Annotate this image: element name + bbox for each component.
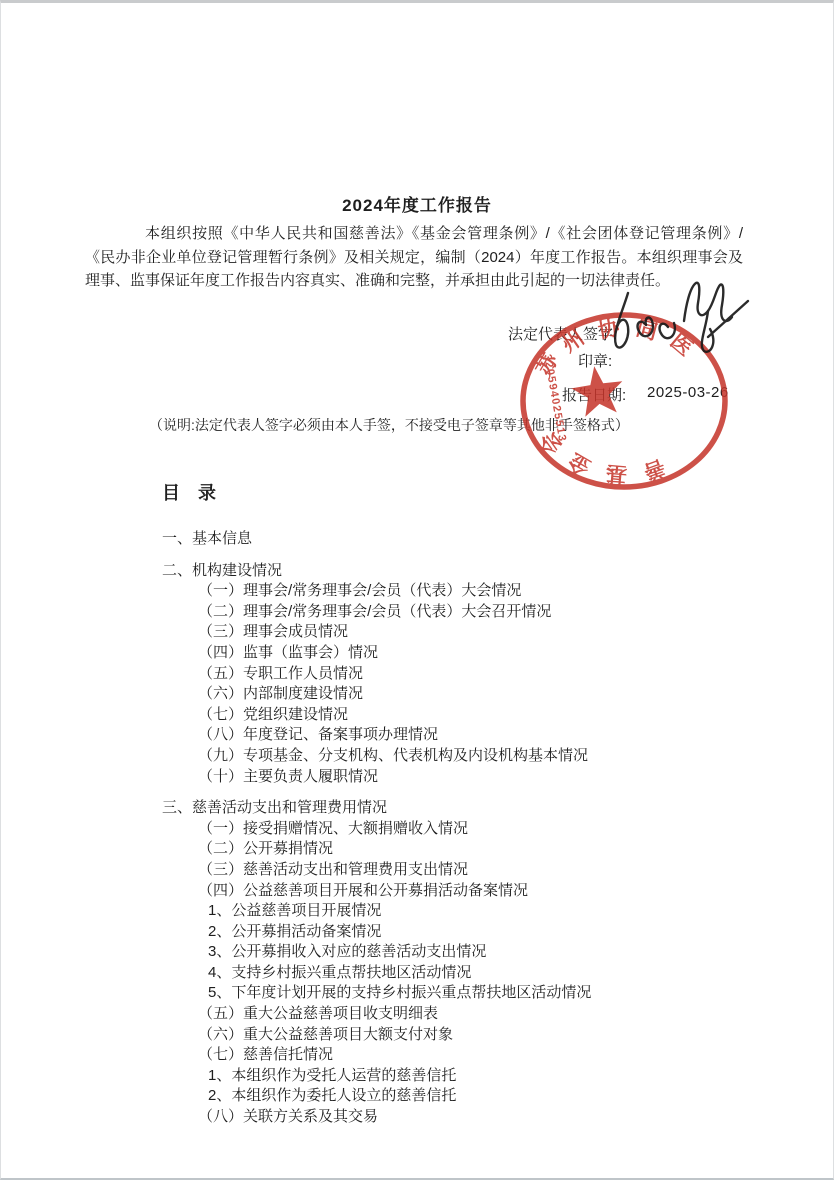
toc-line: （八）关联方关系及其交易 — [198, 1107, 782, 1128]
signature-stroke — [708, 301, 748, 337]
toc-line: （二）公开募捐情况 — [198, 839, 782, 860]
toc-line: 3、公开募捐收入对应的慈善活动支出情况 — [208, 942, 782, 963]
toc-line: （七）慈善信托情况 — [198, 1045, 782, 1066]
toc-line: （四）监事（监事会）情况 — [198, 643, 782, 664]
toc-line: 1、公益慈善项目开展情况 — [208, 901, 782, 922]
toc-heading: 目 录 — [162, 479, 216, 505]
seal-char: 基 — [605, 461, 628, 487]
toc-line: （二）理事会/常务理事会/会员（代表）大会召开情况 — [198, 602, 782, 623]
toc-line: 4、支持乡村振兴重点帮扶地区活动情况 — [208, 963, 782, 984]
toc-line: （三）慈善活动支出和管理费用支出情况 — [198, 860, 782, 881]
toc-line: 5、下年度计划开展的支持乡村振兴重点帮扶地区活动情况 — [208, 983, 782, 1004]
toc-line: 1、本组织作为受托人运营的慈善信托 — [208, 1066, 782, 1087]
handwritten-signature — [576, 271, 786, 371]
table-of-contents: 一、基本信息 二、机构建设情况 （一）理事会/常务理事会/会员（代表）大会情况 … — [162, 529, 782, 1128]
page-title: 2024年度工作报告 — [1, 191, 833, 216]
red-star-icon — [569, 363, 627, 418]
signature-stroke — [638, 318, 653, 337]
toc-line: （六）重大公益慈善项目大额支付对象 — [198, 1025, 782, 1046]
toc-line: （五）专职工作人员情况 — [198, 664, 782, 685]
toc-line: （九）专项基金、分支机构、代表机构及内设机构基本情况 — [198, 746, 782, 767]
report-page: 2024年度工作报告 本组织按照《中华人民共和国慈善法》《基金会管理条例》/《社… — [0, 0, 834, 1180]
toc-line: 三、慈善活动支出和管理费用情况 — [162, 798, 782, 819]
toc-line: （十）主要负责人履职情况 — [198, 767, 782, 788]
signature-stroke — [615, 293, 628, 348]
toc-line: （六）内部制度建设情况 — [198, 684, 782, 705]
toc-line: 二、机构建设情况 — [162, 561, 782, 582]
toc-line: （三）理事会成员情况 — [198, 622, 782, 643]
toc-line: （一）接受捐赠情况、大额捐赠收入情况 — [198, 819, 782, 840]
toc-line: 2、公开募捐活动备案情况 — [208, 922, 782, 943]
toc-line: （四）公益慈善项目开展和公开募捐活动备案情况 — [198, 881, 782, 902]
toc-line: （八）年度登记、备案事项办理情况 — [198, 725, 782, 746]
signature-stroke — [660, 323, 675, 338]
signature-stroke — [702, 311, 714, 352]
seal-serial-number: 320594025513 — [541, 353, 568, 443]
toc-line: （七）党组织建设情况 — [198, 705, 782, 726]
toc-line: （一）理事会/常务理事会/会员（代表）大会情况 — [198, 581, 782, 602]
toc-line: 一、基本信息 — [162, 529, 782, 550]
toc-line: （五）重大公益慈善项目收支明细表 — [198, 1004, 782, 1025]
toc-line: 2、本组织作为委托人设立的慈善信托 — [208, 1086, 782, 1107]
